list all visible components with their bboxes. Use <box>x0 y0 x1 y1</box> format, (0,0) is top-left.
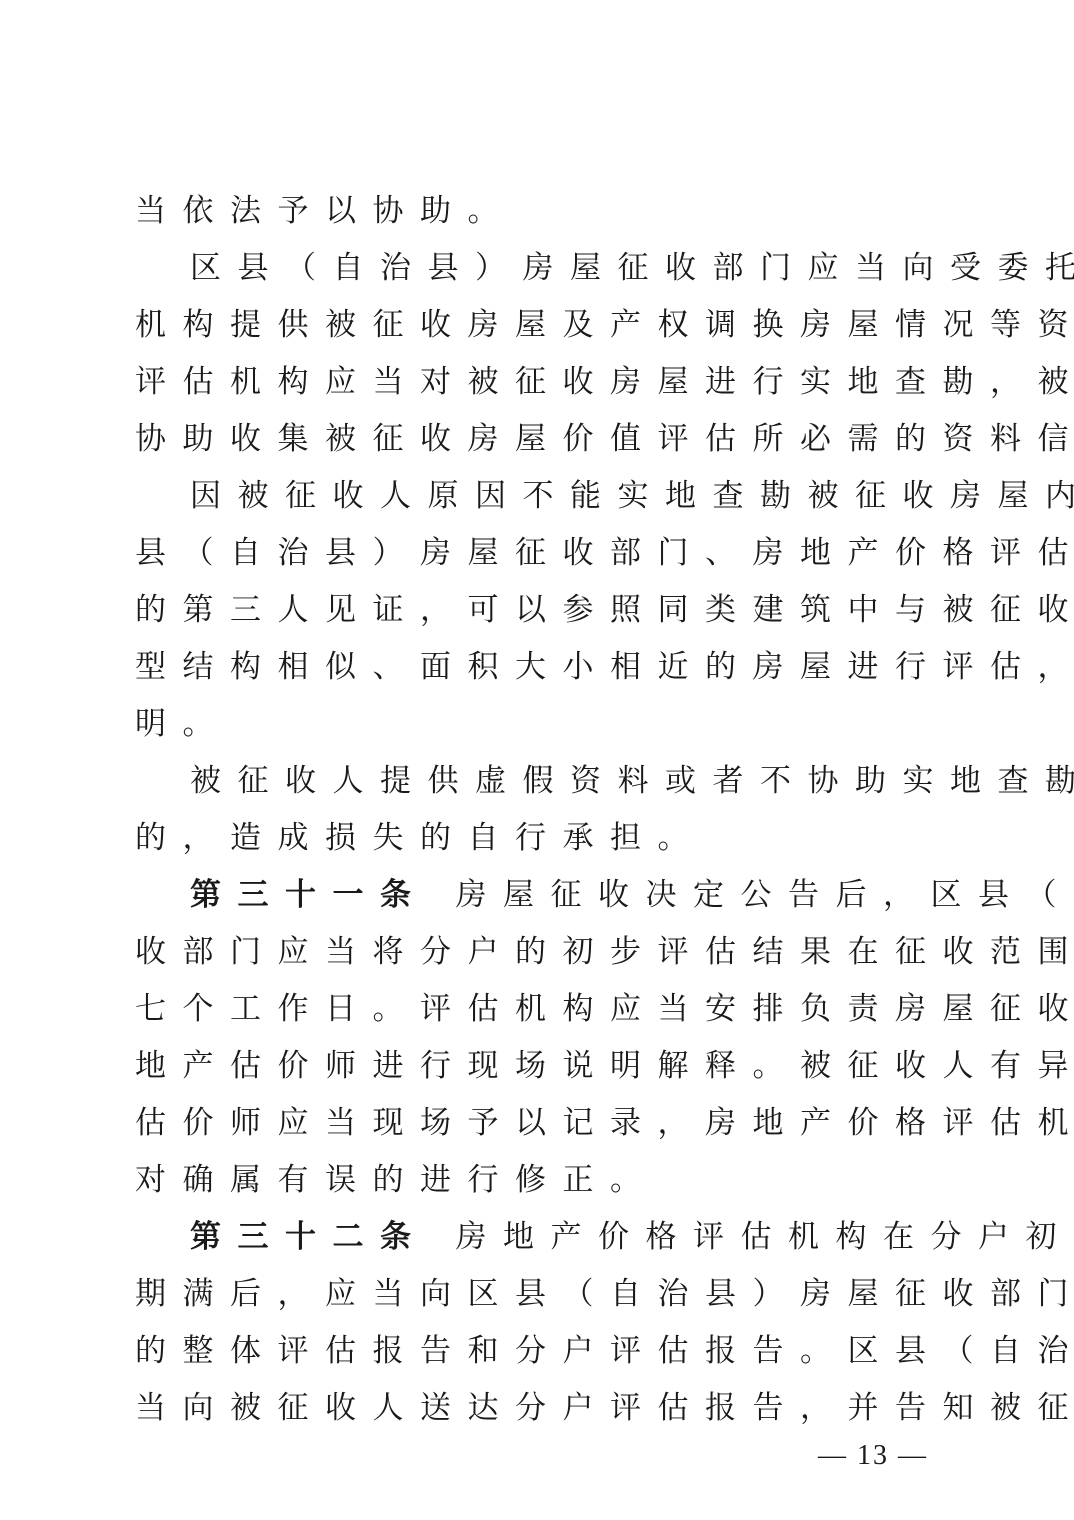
article-32-text: 房地产价格评估机构在分户初步评估结果公示 <box>456 1219 1074 1255</box>
article-32-first-line: 第三十二条房地产价格评估机构在分户初步评估结果公示 <box>190 1212 945 1262</box>
paragraph-line: 的，造成损失的自行承担。 <box>135 813 945 863</box>
paragraph-line: 估价师应当现场予以记录，房地产价格评估机构应当重新核实并 <box>135 1098 945 1148</box>
article-31-heading: 第三十一条 <box>190 877 428 913</box>
paragraph-line: 型结构相似、面积大小相近的房屋进行评估，并在评估报告中说 <box>135 642 945 692</box>
paragraph-line: 因被征收人原因不能实地查勘被征收房屋内部状况的，经区 <box>190 471 945 521</box>
article-31-first-line: 第三十一条房屋征收决定公告后，区县（自治县）房屋征 <box>190 870 945 920</box>
paragraph-line: 县（自治县）房屋征收部门、房地产价格评估机构和无利害关系 <box>135 528 945 578</box>
paragraph-line: 的整体评估报告和分户评估报告。区县（自治县）房屋征收部门应 <box>135 1326 945 1376</box>
article-32-heading: 第三十二条 <box>190 1219 428 1255</box>
paragraph-line: 区县（自治县）房屋征收部门应当向受委托的房地产价格评估 <box>190 243 945 293</box>
paragraph-line: 当向被征收人送达分户评估报告，并告知被征收人有申请复核评估 <box>135 1383 945 1433</box>
paragraph-line: 的第三人见证，可以参照同类建筑中与被征收房屋位置相邻、户 <box>135 585 945 635</box>
article-31-text: 房屋征收决定公告后，区县（自治县）房屋征 <box>456 877 1074 913</box>
paragraph-line: 协助收集被征收房屋价值评估所必需的资料信息。 <box>135 414 945 464</box>
paragraph-line: 收部门应当将分户的初步评估结果在征收范围内向被征收人公示 <box>135 927 945 977</box>
paragraph-line: 当依法予以协助。 <box>135 186 945 236</box>
paragraph-line: 七个工作日。评估机构应当安排负责房屋征收评估项目的注册房 <box>135 984 945 1034</box>
paragraph-line: 被征收人提供虚假资料或者不协助实地查勘而造成评估失实 <box>190 756 945 806</box>
document-page: 当依法予以协助。 区县（自治县）房屋征收部门应当向受委托的房地产价格评估 机构提… <box>0 0 1074 1520</box>
paragraph-line: 机构提供被征收房屋及产权调换房屋情况等资料信息。房地产价格 <box>135 300 945 350</box>
paragraph-line: 地产估价师进行现场说明解释。被征收人有异议的，注册房地产 <box>135 1041 945 1091</box>
paragraph-line: 期满后，应当向区县（自治县）房屋征收部门提交房屋征收范围内 <box>135 1269 945 1319</box>
paragraph-line: 对确属有误的进行修正。 <box>135 1155 945 1205</box>
page-number: — 13 — <box>818 1440 928 1472</box>
paragraph-line: 评估机构应当对被征收房屋进行实地查勘，被征收人应当提供或者 <box>135 357 945 407</box>
paragraph-line: 明。 <box>135 699 945 749</box>
